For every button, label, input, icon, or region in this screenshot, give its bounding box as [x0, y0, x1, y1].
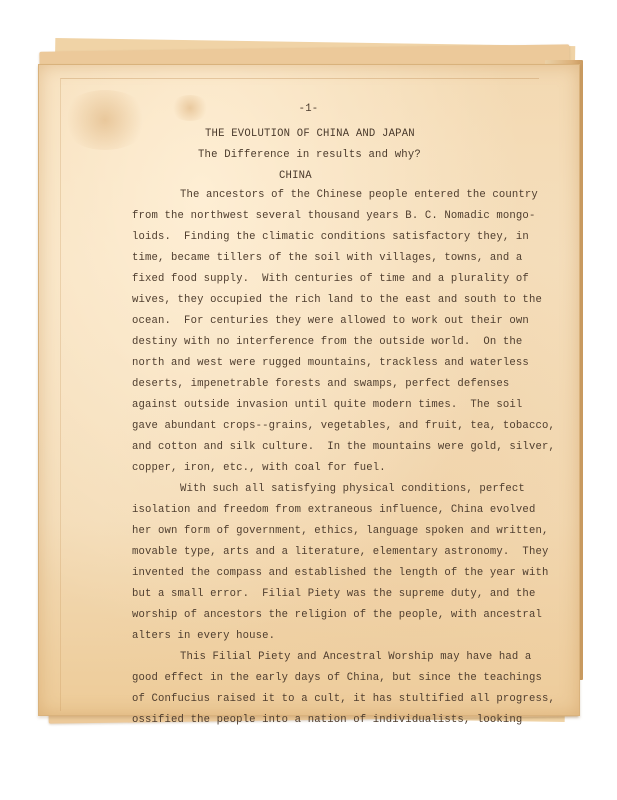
- text-line: copper, iron, etc., with coal for fuel.: [132, 462, 386, 474]
- text-line: ossified the people into a nation of ind…: [132, 714, 522, 726]
- text-line: isolation and freedom from extraneous in…: [132, 504, 535, 516]
- text-line: time, became tillers of the soil with vi…: [132, 252, 522, 264]
- text-line: movable type, arts and a literature, ele…: [132, 546, 548, 558]
- text-line: gave abundant crops--grains, vegetables,…: [132, 420, 555, 432]
- text-line: alters in every house.: [132, 630, 275, 642]
- document-title: THE EVOLUTION OF CHINA AND JAPAN: [205, 128, 415, 140]
- paper-stain: [60, 90, 150, 150]
- text-line: from the northwest several thousand year…: [132, 210, 535, 222]
- text-line: of Confucius raised it to a cult, it has…: [132, 693, 555, 705]
- text-line: worship of ancestors the religion of the…: [132, 609, 542, 621]
- text-line: against outside invasion until quite mod…: [132, 399, 522, 411]
- text-line: loids. Finding the climatic conditions s…: [132, 231, 529, 243]
- page-number: -1-: [0, 103, 617, 115]
- text-line: wives, they occupied the rich land to th…: [132, 294, 542, 306]
- text-line: good effect in the early days of China, …: [132, 672, 542, 684]
- document-subtitle: The Difference in results and why?: [198, 149, 421, 161]
- text-line: The ancestors of the Chinese people ente…: [180, 189, 538, 201]
- text-line: ocean. For centuries they were allowed t…: [132, 315, 529, 327]
- text-line: but a small error. Filial Piety was the …: [132, 588, 535, 600]
- text-line: fixed food supply. With centuries of tim…: [132, 273, 529, 285]
- text-line: destiny with no interference from the ou…: [132, 336, 522, 348]
- text-line: invented the compass and established the…: [132, 567, 548, 579]
- text-line: north and west were rugged mountains, tr…: [132, 357, 529, 369]
- text-line: deserts, impenetrable forests and swamps…: [132, 378, 509, 390]
- text-line: her own form of government, ethics, lang…: [132, 525, 548, 537]
- text-line: and cotton and silk culture. In the moun…: [132, 441, 555, 453]
- text-line: This Filial Piety and Ancestral Worship …: [180, 651, 531, 663]
- text-line: With such all satisfying physical condit…: [180, 483, 525, 495]
- section-heading: CHINA: [279, 170, 312, 182]
